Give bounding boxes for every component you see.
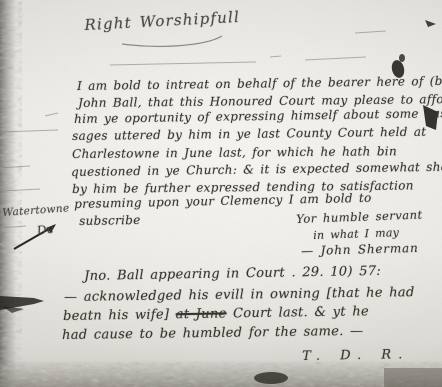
letter-line: sages uttered by him in ye last County C… (72, 125, 426, 143)
heading-flourish (122, 36, 222, 46)
court-note-line: Jno. Ball appearing in Court . 29. 10) 5… (84, 264, 381, 284)
court-note-line: — acknowledged his evill in owning [that… (64, 285, 415, 305)
court-note-line: beatn his wife] at June Court last. & yt… (63, 304, 369, 324)
court-note-line: had cause to be humbled for the same. — (62, 324, 364, 343)
signatory-name: — John Sherman (301, 241, 419, 258)
court-note-segment: Court last. & yt he (226, 304, 369, 321)
letter-line: Charlestowne in June last, for which he … (72, 144, 397, 161)
margin-place-name: Watertowne (2, 202, 70, 219)
manuscript-scan-page: Right Worshipfull I am bold to intreat o… (0, 0, 442, 387)
signature-line-1: Yor humble servant (296, 208, 423, 226)
letter-line: I am bold to intreat on behalf of the be… (77, 73, 442, 93)
letter-closing-word: subscribe (79, 213, 141, 228)
signature-line-2: in what I may (313, 226, 399, 242)
struck-text: at June (176, 306, 227, 322)
salutation-text: Right Worshipfull (84, 8, 240, 34)
margin-abbreviation: De (36, 222, 55, 238)
letter-line: questioned in ye Church: & it is expecte… (71, 159, 442, 179)
clerk-initials: T. D. R. (302, 347, 409, 364)
court-note-segment: beatn his wife] (63, 307, 176, 324)
